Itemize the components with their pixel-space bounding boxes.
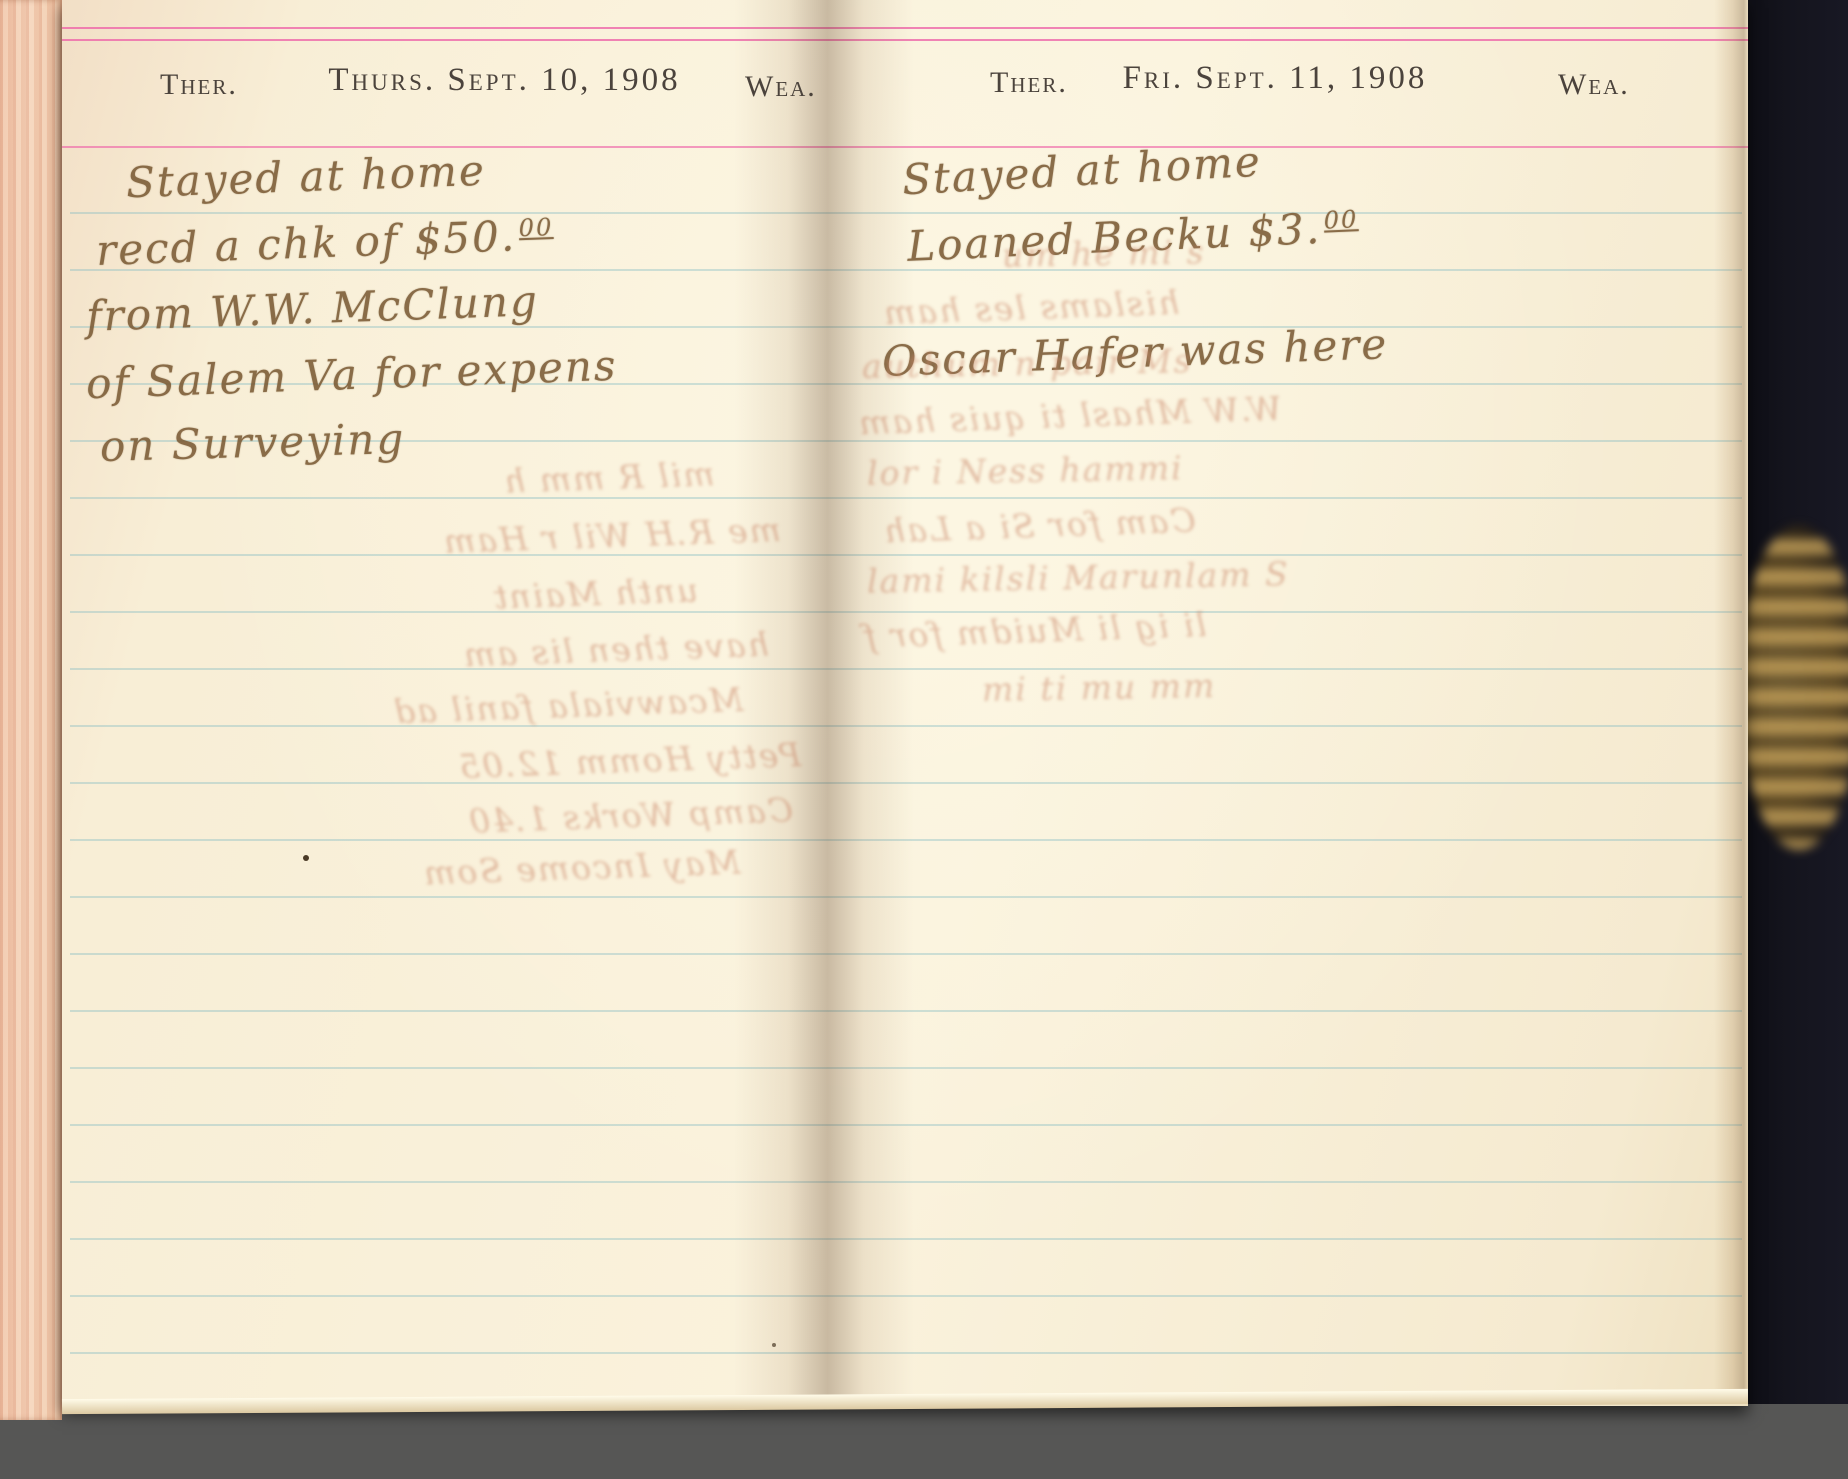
page-edges-stack: [0, 0, 62, 1420]
diary-entry-line: Stayed at home: [125, 146, 486, 208]
ther-label-left: Ther.: [160, 68, 238, 102]
brass-clasp: [1738, 525, 1848, 850]
open-book-pages: Ther. Thurs. Sept. 10, 1908 Wea. Ther. F…: [62, 0, 1748, 1406]
ghost-writing-line: lor i Ness hammi: [867, 448, 1184, 493]
ghost-writing-line: authum n pair Ms: [862, 341, 1193, 386]
ghost-writing-line: unth Maint: [491, 570, 698, 616]
diary-entry-line: on Surveying: [99, 414, 405, 471]
ther-label-right: Ther.: [990, 66, 1068, 100]
wea-label-right: Wea.: [1558, 68, 1630, 102]
ghost-writing-line: lami kilsli Marunlam S: [867, 554, 1290, 600]
wea-label-left: Wea.: [745, 70, 817, 104]
ink-speck: [772, 1343, 776, 1347]
gutter-shadow: [734, 0, 914, 1406]
page-edge-crease: [1714, 0, 1748, 1400]
date-heading-right: Fri. Sept. 11, 1908: [1085, 60, 1465, 97]
ghost-writing-line: um he mi s: [1002, 232, 1206, 275]
date-heading-left: Thurs. Sept. 10, 1908: [317, 62, 692, 99]
ghost-writing-line: mi ti mu mm: [982, 666, 1217, 709]
ghost-writing-line: mil R mm h: [501, 454, 715, 500]
ink-speck: [303, 855, 309, 861]
scanned-diary-spread: Ther. Thurs. Sept. 10, 1908 Wea. Ther. F…: [0, 0, 1848, 1479]
